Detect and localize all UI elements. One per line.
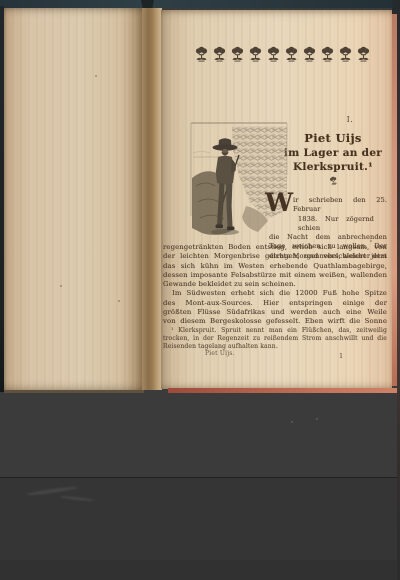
dust-speck [291, 421, 293, 423]
page-number: 1 [339, 352, 343, 360]
fleuron-icon [194, 46, 209, 63]
paper-texture [4, 8, 143, 392]
fleuron-icon [320, 46, 335, 63]
fleuron-icon [338, 46, 353, 63]
body-text-line: ir schrieben den 25. Februar [269, 196, 387, 215]
fleuron-icon [284, 46, 299, 63]
fleuron-icon [302, 46, 317, 63]
tabletop-bottom-band [0, 560, 400, 580]
footnote-text-line: Reisenden tagelang aufhalten kann. [163, 343, 387, 351]
body-paragraph-lines: regengetränkten Boden entstieg, erhob si… [163, 243, 387, 327]
body-text-line: größten Flüsse Südafrikas und werden auc… [163, 308, 387, 317]
paper-speck [60, 285, 62, 287]
chapter-title-line: Klerkspruit.¹ [272, 160, 394, 175]
dust-speck [316, 418, 318, 420]
book-gutter [142, 8, 162, 390]
footnote-lines: ¹ Klerkspruit. Spruit nennt man ein Flüß… [163, 327, 387, 350]
fleuron-ornament-row [190, 46, 374, 64]
fleuron-icon [356, 46, 371, 63]
chapter-title-line: Piet Uijs [272, 131, 394, 146]
fleuron-icon [248, 46, 263, 63]
red-stained-bottom-edge [168, 388, 397, 393]
body-text-line: regengetränkten Boden entstieg, erhob si… [163, 243, 387, 252]
body-text-line: dessen imposante Felsabstürze mit einem … [163, 271, 387, 280]
body-text-line: von diesem Bergeskolosse gefesselt. Eben… [163, 317, 387, 326]
chapter-title: Piet Uijs im Lager an der Klerkspruit.¹ [272, 131, 394, 175]
fleuron-icon [266, 46, 281, 63]
body-text-line: des Mont-aux-Sources. Hier entspringen e… [163, 299, 387, 308]
chapter-title-line: im Lager an der [272, 146, 394, 161]
left-blank-page [4, 8, 143, 392]
body-text-line: der leichten Morgenbrise getragen, und v… [163, 252, 387, 261]
body-text-line: das sich kühn im Westen erhebende Quathl… [163, 262, 387, 271]
chapter-number: I. [330, 115, 370, 124]
body-text-line: Im Südwesten erhebt sich die 12000 Fuß h… [163, 289, 387, 298]
book-photo-scene: I. Piet Uijs im Lager an der Klerkspruit… [0, 0, 400, 580]
paper-speck [95, 75, 97, 77]
footnote-text-line: ¹ Klerkspruit. Spruit nennt man ein Flüß… [163, 327, 387, 335]
footnote-text-line: trocken, in der Regenzeit zu reißendem S… [163, 335, 387, 343]
page-bottom-shadow [4, 390, 144, 393]
fleuron-icon [230, 46, 245, 63]
signature-mark: Piet Uijs. [205, 350, 235, 357]
book-cover-top-edge [0, 0, 400, 8]
paper-speck [118, 300, 120, 302]
body-text-line: 1838. Nur zögernd schien [269, 215, 387, 234]
fleuron-icon [212, 46, 227, 63]
